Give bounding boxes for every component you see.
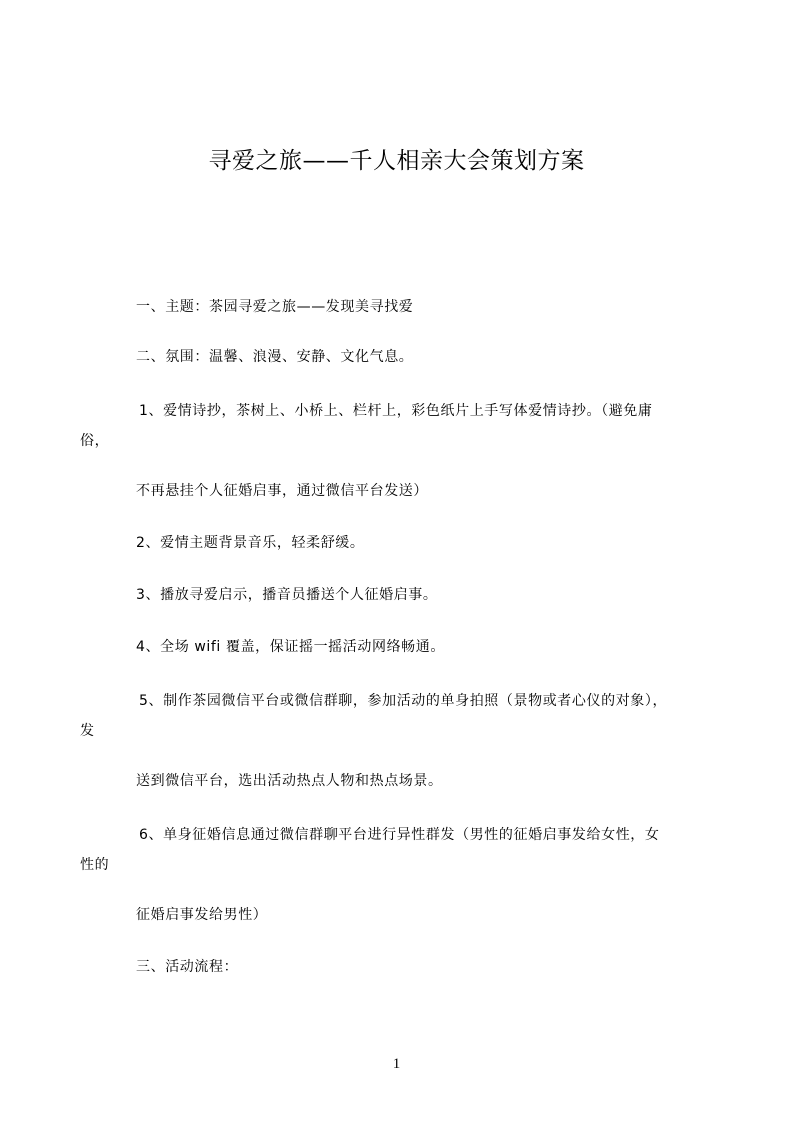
item-3: 3、播放寻爱启示，播音员播送个人征婚启事。 xyxy=(136,584,438,604)
item-1-line-2: 俗， xyxy=(80,430,109,450)
section-theme: 一、主题：茶园寻爱之旅——发现美寻找爱 xyxy=(136,296,413,316)
item-1-line-1: 1、爱情诗抄，茶树上、小桥上、栏杆上，彩色纸片上手写体爱情诗抄。（避免庸 xyxy=(139,400,653,420)
item-1-line-3: 不再悬挂个人征婚启事，通过微信平台发送） xyxy=(136,480,428,500)
item-4: 4、全场 wifi 覆盖，保证摇一摇活动网络畅通。 xyxy=(136,636,445,656)
item-6-line-1: 6、单身征婚信息通过微信群聊平台进行异性群发（男性的征婚启事发给女性，女 xyxy=(139,824,660,844)
item-5-line-2: 发 xyxy=(80,720,95,740)
page-number: 1 xyxy=(0,1056,793,1073)
document-title: 寻爱之旅——千人相亲大会策划方案 xyxy=(0,142,793,175)
item-6-line-3: 征婚启事发给男性） xyxy=(136,904,267,924)
section-atmosphere: 二、氛围：温馨、浪漫、安静、文化气息。 xyxy=(136,346,413,366)
item-6-line-2: 性的 xyxy=(80,854,109,874)
item-2: 2、爱情主题背景音乐，轻柔舒缓。 xyxy=(136,532,365,552)
item-5-line-1: 5、制作茶园微信平台或微信群聊，参加活动的单身拍照（景物或者心仪的对象）， xyxy=(139,690,667,710)
section-process: 三、活动流程： xyxy=(136,956,238,976)
item-5-line-3: 送到微信平台，选出活动热点人物和热点场景。 xyxy=(136,770,443,790)
